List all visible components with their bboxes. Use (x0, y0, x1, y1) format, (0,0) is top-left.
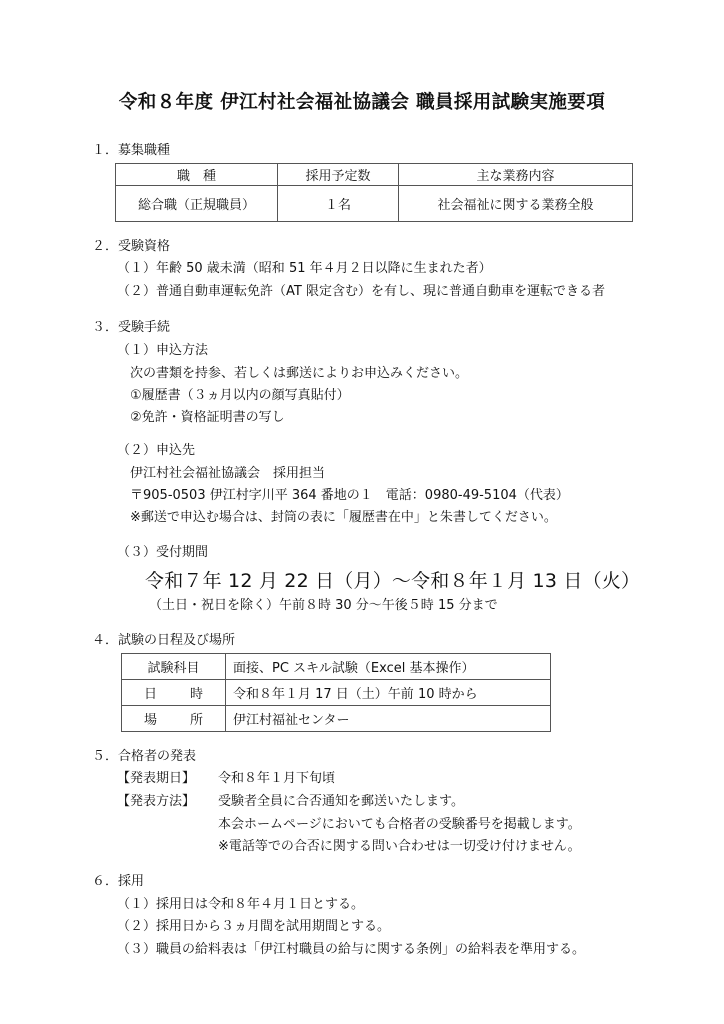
text-line: ※電話等での合否に関する問い合わせは一切受け付けません。 (218, 839, 581, 855)
table-header: 採用予定数 (278, 164, 399, 186)
text-line: ②免許・資格証明書の写し (130, 410, 285, 426)
application-period: 令和７年 12 月 22 日（月）～令和８年１月 13 日（火） (145, 570, 640, 592)
row-label: 場所 (122, 706, 226, 732)
text-line: 受験者全員に合否通知を郵送いたします。 (218, 794, 464, 810)
table-cell: 総合職（正規職員） (116, 186, 278, 222)
list-item: （１）採用日は令和８年４月１日とする。 (117, 897, 364, 913)
row-value: 令和８年１月 17 日（土）午前 10 時から (226, 680, 551, 706)
subsection-heading: （３）受付期間 (117, 545, 208, 561)
text-line: 次の書類を持参、若しくは郵送によりお申込みください。 (130, 366, 468, 382)
row-value: 伊江村福祉センター (226, 706, 551, 732)
list-item: （２）普通自動車運転免許（AT 限定含む）を有し、現に普通自動車を運転できる者 (117, 284, 605, 300)
announcement-method-label: 【発表方法】 (117, 794, 195, 810)
subsection-heading: （１）申込方法 (117, 343, 208, 359)
text-line: 〒905-0503 伊江村字川平 364 番地の１ 電話：0980-49-510… (130, 488, 569, 504)
table-header: 職 種 (116, 164, 278, 186)
list-item: （１）年齢 50 歳未満（昭和 51 年４月２日以降に生まれた者） (117, 261, 492, 277)
job-type-table: 職 種 採用予定数 主な業務内容 総合職（正規職員） １名 社会福祉に関する業務… (115, 163, 633, 222)
section-6-heading: ６．採用 (92, 874, 144, 890)
list-item: （３）職員の給料表は「伊江村職員の給与に関する条例」の給料表を準用する。 (117, 942, 585, 958)
row-value: 面接、PC スキル試験（Excel 基本操作） (226, 654, 551, 680)
announcement-date-label: 【発表期日】 (117, 771, 195, 787)
text-line: 本会ホームページにおいても合格者の受験番号を掲載します。 (218, 817, 581, 833)
section-4-heading: ４．試験の日程及び場所 (92, 633, 235, 649)
text-line: 伊江村社会福祉協議会 採用担当 (130, 466, 325, 482)
section-5-heading: ５．合格者の発表 (92, 749, 196, 765)
table-cell: １名 (278, 186, 399, 222)
text-line: ※郵送で申込む場合は、封筒の表に「履歴書在中」と朱書してください。 (130, 510, 557, 526)
table-cell: 社会福祉に関する業務全般 (399, 186, 633, 222)
subsection-heading: （２）申込先 (117, 443, 195, 459)
announcement-date-value: 令和８年１月下旬頃 (218, 771, 335, 787)
list-item: （２）採用日から３ヵ月間を試用期間とする。 (117, 919, 390, 935)
text-line: ①履歴書（３ヵ月以内の顔写真貼付） (130, 388, 350, 404)
application-hours: （土日・祝日を除く）午前８時 30 分～午後５時 15 分まで (149, 598, 498, 614)
row-label: 日時 (122, 680, 226, 706)
exam-schedule-table: 試験科目 面接、PC スキル試験（Excel 基本操作） 日時 令和８年１月 1… (121, 653, 551, 732)
table-header: 主な業務内容 (399, 164, 633, 186)
document-title: 令和８年度 伊江村社会福祉協議会 職員採用試験実施要項 (0, 88, 724, 114)
section-1-heading: １．募集職種 (92, 143, 170, 159)
row-label: 試験科目 (122, 654, 226, 680)
section-3-heading: ３．受験手続 (92, 320, 170, 336)
section-2-heading: ２．受験資格 (92, 239, 170, 255)
